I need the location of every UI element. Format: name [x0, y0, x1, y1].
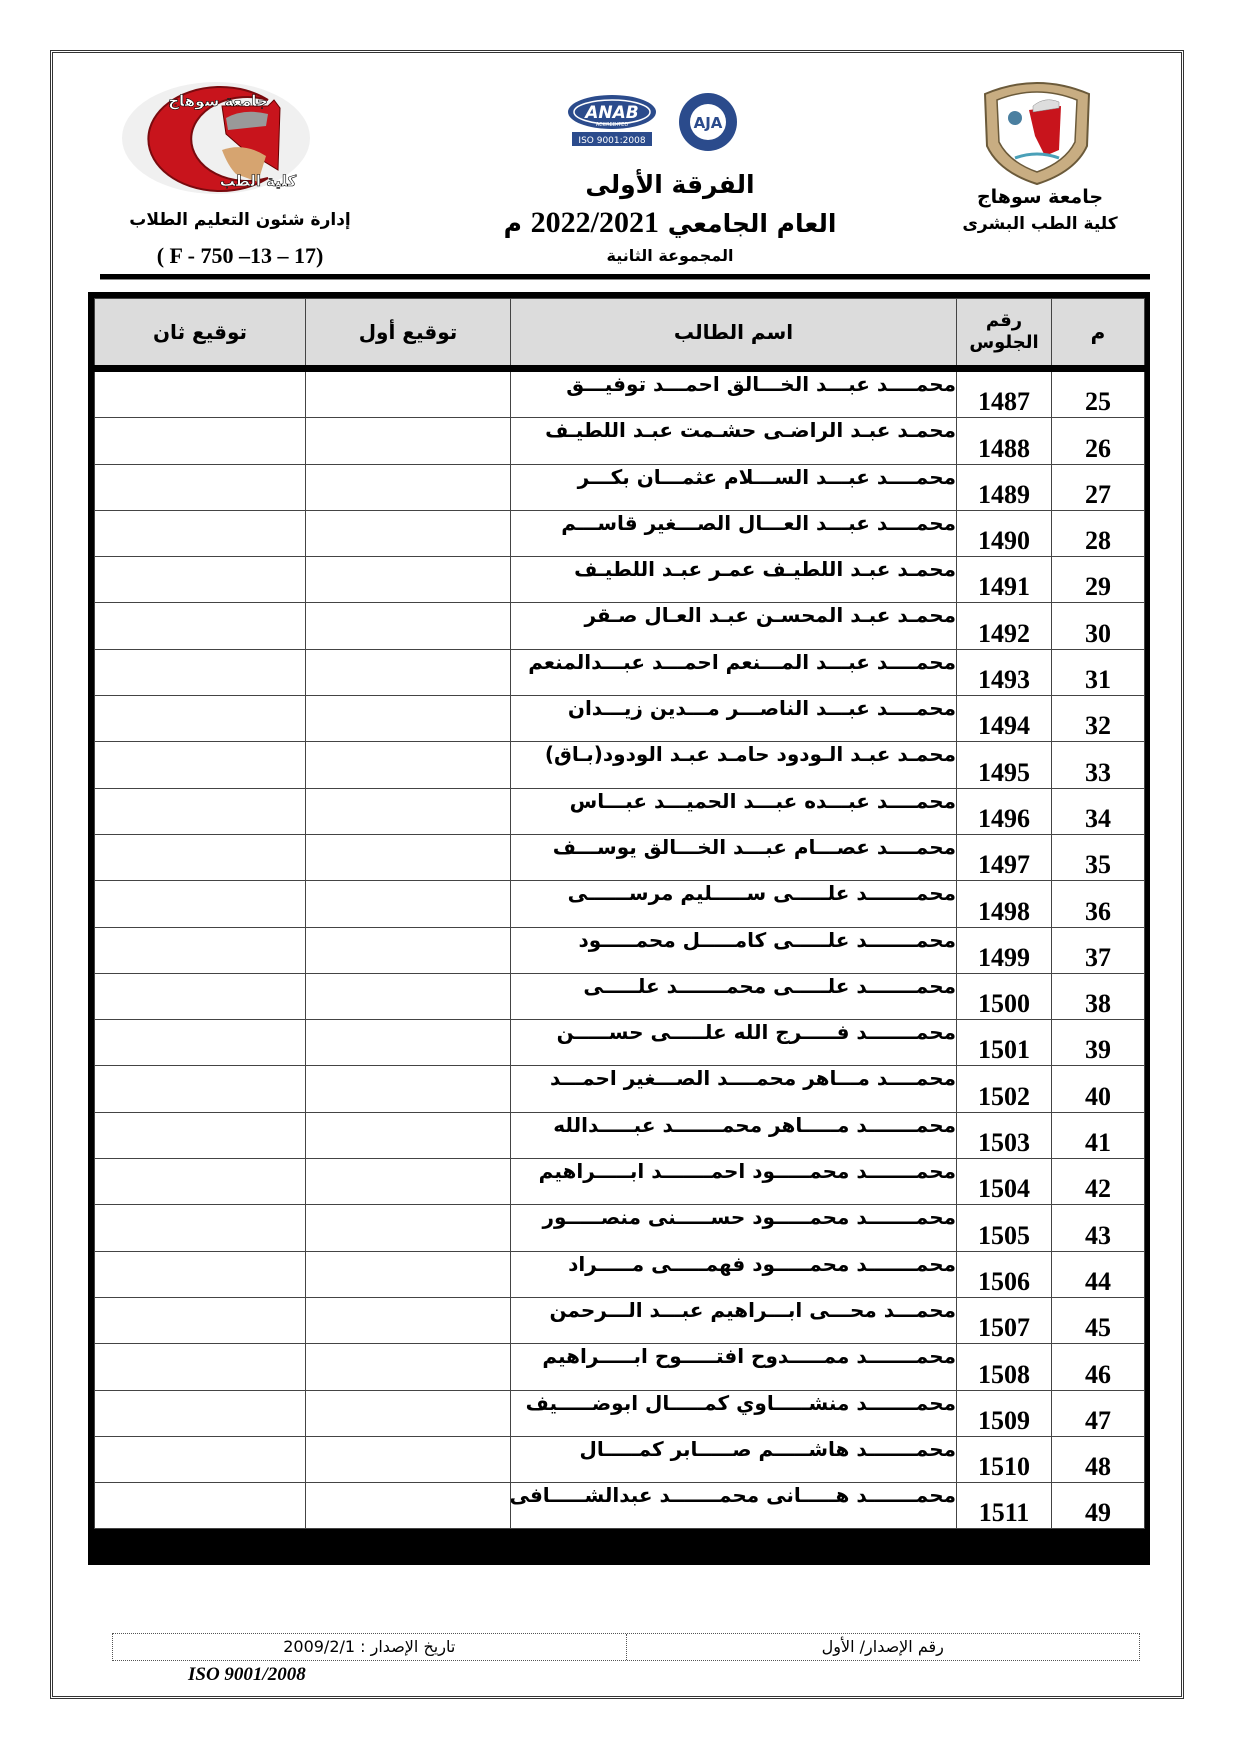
table-row: 361498محمـــــــد علـــــى ســـــليم مرس…: [95, 881, 1145, 927]
row-signature-1[interactable]: [306, 649, 511, 695]
row-index: 44: [1052, 1251, 1145, 1297]
row-index: 25: [1052, 369, 1145, 418]
header-divider: [100, 274, 1150, 280]
row-seat-number: 1511: [957, 1483, 1052, 1529]
row-signature-2[interactable]: [95, 1066, 306, 1112]
table-row: 271489محمــــد عبـــد الســـلام عثمـــان…: [95, 464, 1145, 510]
col-header-name: اسم الطالب: [511, 299, 957, 369]
table-row: 431505محمـــــــد محمـــــود حســـــنى م…: [95, 1205, 1145, 1251]
row-signature-2[interactable]: [95, 1159, 306, 1205]
row-seat-number: 1506: [957, 1251, 1052, 1297]
row-student-name: محمـــــــد فـــــرج الله علـــــى حســـ…: [511, 1020, 957, 1066]
row-signature-1[interactable]: [306, 1066, 511, 1112]
table-row: 251487محمــــد عبـــد الخـــالق احمـــد …: [95, 369, 1145, 418]
attendance-table-frame: م رقم الجلوس اسم الطالب توقيع أول توقيع …: [88, 292, 1150, 1565]
row-index: 42: [1052, 1159, 1145, 1205]
faculty-crescent-logo-icon: جامعة سوهاج كلية الطب: [118, 78, 314, 196]
row-signature-2[interactable]: [95, 834, 306, 880]
faculty-logo: جامعة سوهاج كلية الطب: [118, 78, 314, 196]
table-row: 491511محمـــــــد هـــــانى محمـــــــد …: [95, 1483, 1145, 1529]
row-signature-1[interactable]: [306, 418, 511, 464]
row-signature-1[interactable]: [306, 696, 511, 742]
release-number: رقم الإصدار/ الأول: [627, 1634, 1140, 1660]
row-seat-number: 1509: [957, 1390, 1052, 1436]
row-index: 33: [1052, 742, 1145, 788]
table-row: 281490محمــــد عبـــد العـــال الصـــغير…: [95, 510, 1145, 556]
row-signature-1[interactable]: [306, 1159, 511, 1205]
row-seat-number: 1504: [957, 1159, 1052, 1205]
row-student-name: محمــــد عبـــد الســـلام عثمـــان بكـــ…: [511, 464, 957, 510]
row-student-name: محمــــد عبـــد الخـــالق احمـــد توفيــ…: [511, 369, 957, 418]
svg-text:ANAB: ANAB: [583, 103, 639, 123]
row-index: 39: [1052, 1020, 1145, 1066]
row-index: 45: [1052, 1297, 1145, 1343]
table-header-row: م رقم الجلوس اسم الطالب توقيع أول توقيع …: [95, 299, 1145, 369]
row-signature-1[interactable]: [306, 742, 511, 788]
row-signature-1[interactable]: [306, 510, 511, 556]
row-signature-2[interactable]: [95, 881, 306, 927]
table-row: 391501محمـــــــد فـــــرج الله علـــــى…: [95, 1020, 1145, 1066]
row-index: 27: [1052, 464, 1145, 510]
row-index: 46: [1052, 1344, 1145, 1390]
col-header-sign1: توقيع أول: [306, 299, 511, 369]
row-student-name: محمـد عبـد المحسـن عبـد العـال صـقر: [511, 603, 957, 649]
academic-year-value: 2022/2021: [531, 206, 659, 239]
row-signature-2[interactable]: [95, 696, 306, 742]
svg-text:ACCREDITED: ACCREDITED: [596, 122, 628, 128]
row-seat-number: 1510: [957, 1436, 1052, 1482]
col-header-seat-line2: الجلوس: [957, 332, 1051, 354]
table-row: 351497محمــــد عصـــام عبـــد الخـــالق …: [95, 834, 1145, 880]
row-signature-1[interactable]: [306, 1297, 511, 1343]
row-seat-number: 1493: [957, 649, 1052, 695]
attendance-table: م رقم الجلوس اسم الطالب توقيع أول توقيع …: [94, 298, 1145, 1529]
row-seat-number: 1497: [957, 834, 1052, 880]
row-student-name: محمـــــــد منشـــــاوي كمـــــال ابوضــ…: [511, 1390, 957, 1436]
row-seat-number: 1487: [957, 369, 1052, 418]
row-index: 41: [1052, 1112, 1145, 1158]
year-level: الفرقة الأولى: [480, 170, 860, 199]
table-row: 411503محمـــــــد مـــــاهر محمـــــــد …: [95, 1112, 1145, 1158]
row-student-name: محمـــــــد محمـــــود حســـــنى منصــــ…: [511, 1205, 957, 1251]
table-row: 401502محمــــد مـــاهر محمــــد الصـــغي…: [95, 1066, 1145, 1112]
table-row: 451507محمـــد محـــى ابـــراهيم عبـــد ا…: [95, 1297, 1145, 1343]
row-student-name: محمـــــــد علـــــى ســـــليم مرســــــ…: [511, 881, 957, 927]
table-row: 311493محمــــد عبـــد المـــنعم احمـــد …: [95, 649, 1145, 695]
table-row: 471509محمـــــــد منشـــــاوي كمـــــال …: [95, 1390, 1145, 1436]
row-student-name: محمـــــــد ممـــــدوح افتـــــوح ابــــ…: [511, 1344, 957, 1390]
accreditation-badges: ANAB ACCREDITED ISO 9001:2008 AJA: [562, 92, 758, 156]
row-seat-number: 1502: [957, 1066, 1052, 1112]
row-seat-number: 1499: [957, 927, 1052, 973]
col-header-seat-line1: رقم: [957, 310, 1051, 332]
row-student-name: محمـــد محـــى ابـــراهيم عبـــد الـــرح…: [511, 1297, 957, 1343]
row-seat-number: 1500: [957, 973, 1052, 1019]
row-student-name: محمـد عبـد اللطيـف عمـر عبـد اللطيـف: [511, 557, 957, 603]
row-signature-1[interactable]: [306, 603, 511, 649]
row-student-name: محمــــد عبـــد المـــنعم احمـــد عبـــد…: [511, 649, 957, 695]
university-seal: [975, 76, 1099, 186]
row-signature-2[interactable]: [95, 1390, 306, 1436]
row-seat-number: 1498: [957, 881, 1052, 927]
row-signature-1[interactable]: [306, 1344, 511, 1390]
table-row: 461508محمـــــــد ممـــــدوح افتـــــوح …: [95, 1344, 1145, 1390]
row-student-name: محمــــد عصـــام عبـــد الخـــالق يوســـ…: [511, 834, 957, 880]
row-index: 31: [1052, 649, 1145, 695]
row-student-name: محمــــد مـــاهر محمــــد الصـــغير احمـ…: [511, 1066, 957, 1112]
row-signature-2[interactable]: [95, 1205, 306, 1251]
row-seat-number: 1489: [957, 464, 1052, 510]
academic-year-suffix: م: [504, 209, 522, 238]
row-seat-number: 1508: [957, 1344, 1052, 1390]
row-index: 40: [1052, 1066, 1145, 1112]
col-header-sign2: توقيع ثان: [95, 299, 306, 369]
row-signature-2[interactable]: [95, 418, 306, 464]
svg-text:ISO 9001:2008: ISO 9001:2008: [578, 136, 645, 146]
row-index: 48: [1052, 1436, 1145, 1482]
row-signature-1[interactable]: [306, 834, 511, 880]
row-student-name: محمـد عبـد الـودود حامـد عبـد الودود(بـا…: [511, 742, 957, 788]
row-seat-number: 1501: [957, 1020, 1052, 1066]
row-signature-2[interactable]: [95, 788, 306, 834]
row-signature-2[interactable]: [95, 1436, 306, 1482]
row-index: 35: [1052, 834, 1145, 880]
table-row: 371499محمـــــــد علـــــى كامـــــل محم…: [95, 927, 1145, 973]
row-signature-2[interactable]: [95, 927, 306, 973]
row-student-name: محمـــــــد مـــــاهر محمـــــــد عبــــ…: [511, 1112, 957, 1158]
row-signature-1[interactable]: [306, 881, 511, 927]
row-student-name: محمـــــــد محمـــــود احمـــــــد ابـــ…: [511, 1159, 957, 1205]
row-signature-2[interactable]: [95, 649, 306, 695]
academic-year: العام الجامعي 2022/2021 م: [440, 206, 900, 240]
row-signature-2[interactable]: [95, 1112, 306, 1158]
row-index: 47: [1052, 1390, 1145, 1436]
row-signature-2[interactable]: [95, 510, 306, 556]
svg-text:جامعة سوهاج: جامعة سوهاج: [168, 92, 268, 110]
row-signature-1[interactable]: [306, 1483, 511, 1529]
university-seal-icon: [975, 76, 1099, 186]
table-row: 321494محمــــد عبـــد الناصـــر مـــدين …: [95, 696, 1145, 742]
row-seat-number: 1503: [957, 1112, 1052, 1158]
row-student-name: محمـد عبـد الراضـى حشـمت عبـد اللطيـف: [511, 418, 957, 464]
university-name: جامعة سوهاج: [940, 186, 1140, 208]
row-signature-1[interactable]: [306, 464, 511, 510]
table-row: 261488محمـد عبـد الراضـى حشـمت عبـد اللط…: [95, 418, 1145, 464]
group-name: المجموعة الثانية: [480, 246, 860, 265]
table-row: 421504محمـــــــد محمـــــود احمـــــــد…: [95, 1159, 1145, 1205]
row-student-name: محمـــــــد هاشـــــم صـــــابر كمـــــا…: [511, 1436, 957, 1482]
table-row: 331495محمـد عبـد الـودود حامـد عبـد الود…: [95, 742, 1145, 788]
row-index: 32: [1052, 696, 1145, 742]
anab-aja-badges-icon: ANAB ACCREDITED ISO 9001:2008 AJA: [562, 92, 758, 156]
row-student-name: محمـــــــد هـــــانى محمـــــــد عبدالش…: [511, 1483, 957, 1529]
academic-year-label: العام الجامعي: [668, 209, 837, 238]
row-seat-number: 1488: [957, 418, 1052, 464]
row-seat-number: 1507: [957, 1297, 1052, 1343]
row-signature-2[interactable]: [95, 1020, 306, 1066]
table-row: 481510محمـــــــد هاشـــــم صـــــابر كم…: [95, 1436, 1145, 1482]
row-index: 28: [1052, 510, 1145, 556]
release-date: تاريخ الإصدار : 2009/2/1: [113, 1634, 627, 1660]
row-index: 34: [1052, 788, 1145, 834]
table-row: 291491محمـد عبـد اللطيـف عمـر عبـد اللطي…: [95, 557, 1145, 603]
table-row: 441506محمـــــــد محمـــــود فهمـــــى م…: [95, 1251, 1145, 1297]
faculty-name: كلية الطب البشرى: [940, 214, 1140, 234]
table-row: 301492محمـد عبـد المحسـن عبـد العـال صـق…: [95, 603, 1145, 649]
footer-release-box: رقم الإصدار/ الأول تاريخ الإصدار : 2009/…: [112, 1633, 1140, 1661]
row-student-name: محمـــــــد محمـــــود فهمـــــى مـــــر…: [511, 1251, 957, 1297]
row-student-name: محمــــد عبـــد الناصـــر مـــدين زيـــد…: [511, 696, 957, 742]
row-seat-number: 1491: [957, 557, 1052, 603]
row-signature-1[interactable]: [306, 1205, 511, 1251]
row-index: 38: [1052, 973, 1145, 1019]
row-signature-1[interactable]: [306, 1020, 511, 1066]
table-row: 381500محمـــــــد علـــــى محمـــــــد ع…: [95, 973, 1145, 1019]
row-signature-1[interactable]: [306, 1436, 511, 1482]
iso-label: ISO 9001/2008: [188, 1664, 306, 1686]
row-signature-2[interactable]: [95, 1483, 306, 1529]
row-student-name: محمــــد عبـــده عبـــد الحميـــد عبـــا…: [511, 788, 957, 834]
row-signature-2[interactable]: [95, 369, 306, 418]
svg-text:AJA: AJA: [694, 114, 723, 132]
row-signature-2[interactable]: [95, 1297, 306, 1343]
row-seat-number: 1490: [957, 510, 1052, 556]
row-signature-2[interactable]: [95, 603, 306, 649]
row-signature-2[interactable]: [95, 973, 306, 1019]
row-student-name: محمـــــــد علـــــى كامـــــل محمـــــو…: [511, 927, 957, 973]
row-seat-number: 1494: [957, 696, 1052, 742]
row-index: 30: [1052, 603, 1145, 649]
row-signature-1[interactable]: [306, 1251, 511, 1297]
row-index: 43: [1052, 1205, 1145, 1251]
row-signature-1[interactable]: [306, 557, 511, 603]
row-signature-1[interactable]: [306, 369, 511, 418]
row-signature-1[interactable]: [306, 1112, 511, 1158]
row-index: 37: [1052, 927, 1145, 973]
row-signature-1[interactable]: [306, 927, 511, 973]
col-header-index: م: [1052, 299, 1145, 369]
row-seat-number: 1496: [957, 788, 1052, 834]
row-seat-number: 1505: [957, 1205, 1052, 1251]
svg-text:كلية الطب: كلية الطب: [220, 172, 297, 190]
row-index: 49: [1052, 1483, 1145, 1529]
row-seat-number: 1492: [957, 603, 1052, 649]
department-name: إدارة شئون التعليم الطلاب: [120, 210, 360, 230]
row-index: 26: [1052, 418, 1145, 464]
row-signature-1[interactable]: [306, 973, 511, 1019]
row-signature-1[interactable]: [306, 788, 511, 834]
row-signature-2[interactable]: [95, 557, 306, 603]
row-signature-2[interactable]: [95, 464, 306, 510]
row-signature-2[interactable]: [95, 1251, 306, 1297]
row-index: 29: [1052, 557, 1145, 603]
form-code: ( F - 750 –13 – 17): [120, 243, 360, 269]
row-student-name: محمــــد عبـــد العـــال الصـــغير قاســ…: [511, 510, 957, 556]
row-student-name: محمـــــــد علـــــى محمـــــــد علـــــ…: [511, 973, 957, 1019]
row-seat-number: 1495: [957, 742, 1052, 788]
col-header-seat: رقم الجلوس: [957, 299, 1052, 369]
row-index: 36: [1052, 881, 1145, 927]
table-row: 341496محمــــد عبـــده عبـــد الحميـــد …: [95, 788, 1145, 834]
row-signature-2[interactable]: [95, 742, 306, 788]
row-signature-2[interactable]: [95, 1344, 306, 1390]
row-signature-1[interactable]: [306, 1390, 511, 1436]
